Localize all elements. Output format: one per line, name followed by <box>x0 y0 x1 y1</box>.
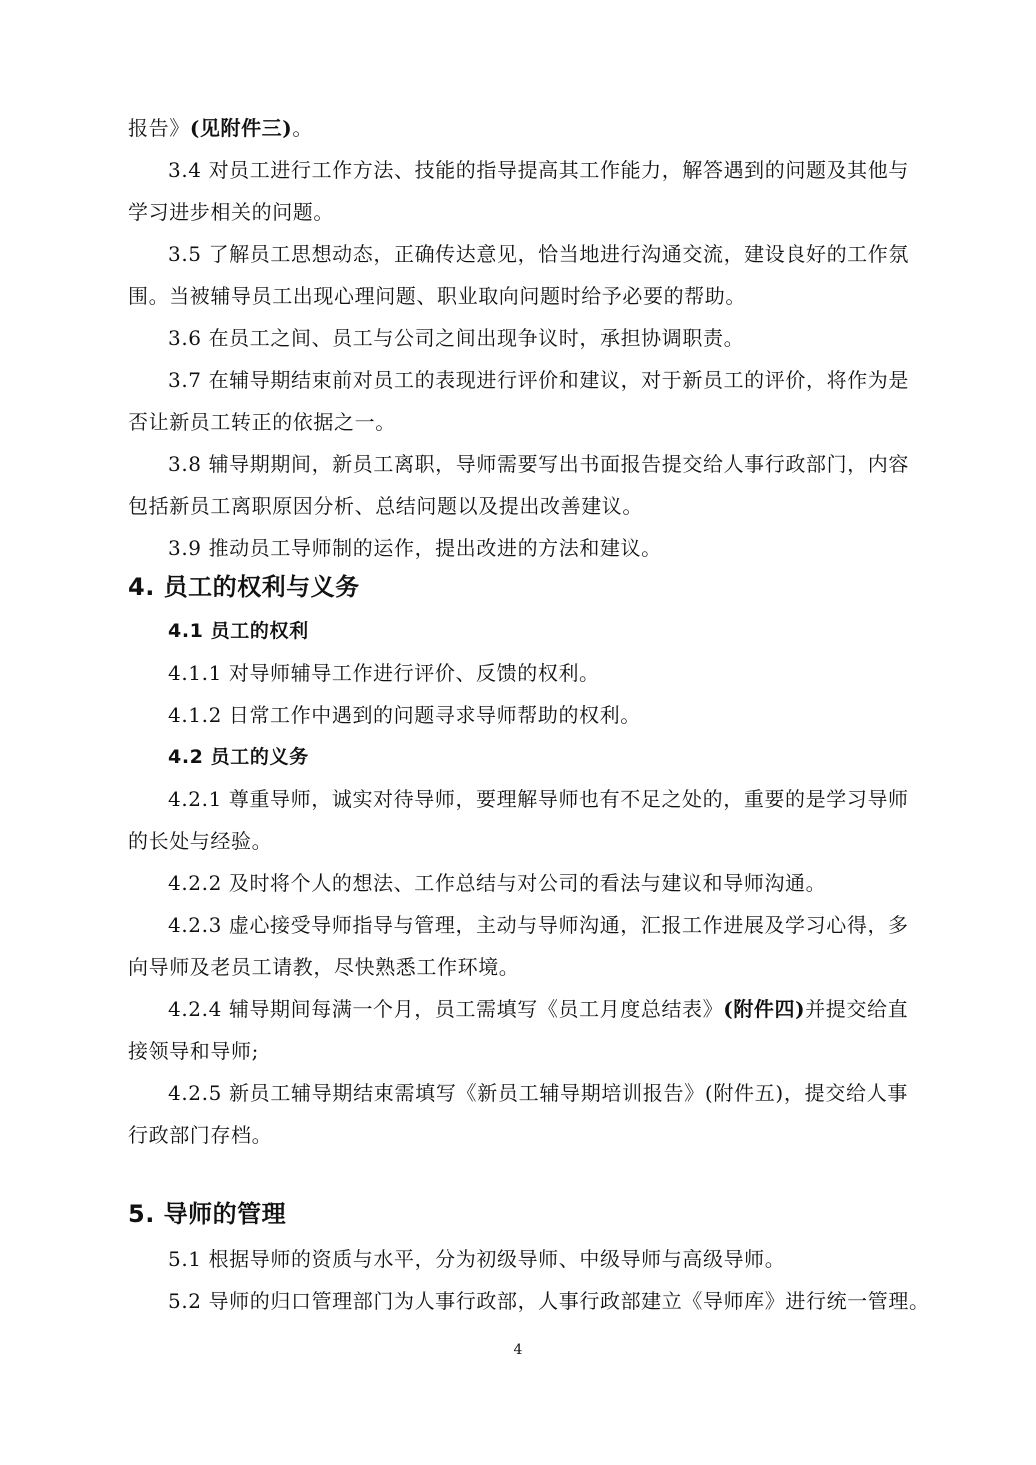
document-page: 报告》(见附件三)。 3.4 对员工进行工作方法、技能的指导提高其工作能力，解答… <box>0 0 1036 1465</box>
paragraph-4-2-5-line-2: 行政部门存档。 <box>128 1121 908 1149</box>
paragraph-4-2-2: 4.2.2 及时将个人的想法、工作总结与对公司的看法与建议和导师沟通。 <box>168 869 908 897</box>
page-number: 4 <box>0 1342 1036 1358</box>
paragraph-3-5-line-2: 围。当被辅导员工出现心理问题、职业取向问题时给予必要的帮助。 <box>128 282 908 310</box>
text: 并提交给直 <box>805 995 908 1023</box>
paragraph-4-2-1-line-2: 的长处与经验。 <box>128 827 908 855</box>
paragraph-5-1: 5.1 根据导师的资质与水平，分为初级导师、中级导师与高级导师。 <box>168 1245 908 1273</box>
paragraph-4-2-1-line-1: 4.2.1 尊重导师，诚实对待导师，要理解导师也有不足之处的，重要的是学习导师 <box>168 785 908 813</box>
paragraph-4-2-3-line-1: 4.2.3 虚心接受导师指导与管理，主动与导师沟通，汇报工作进展及学习心得，多 <box>168 911 908 939</box>
text: 4.2.4 辅导期间每满一个月，员工需填写《员工月度总结表》 <box>168 995 723 1023</box>
heading-section-4: 4. 员工的权利与义务 <box>128 573 908 601</box>
paragraph-3-9: 3.9 推动员工导师制的运作，提出改进的方法和建议。 <box>168 534 908 562</box>
paragraph-3-4-line-1: 3.4 对员工进行工作方法、技能的指导提高其工作能力，解答遇到的问题及其他与 <box>168 156 908 184</box>
heading-4-1: 4.1 员工的权利 <box>168 617 908 645</box>
paragraph-3-7-line-1: 3.7 在辅导期结束前对员工的表现进行评价和建议，对于新员工的评价，将作为是 <box>168 366 908 394</box>
paragraph-3-4-line-2: 学习进步相关的问题。 <box>128 198 908 226</box>
paragraph-4-1-2: 4.1.2 日常工作中遇到的问题寻求导师帮助的权利。 <box>168 701 908 729</box>
text: 。 <box>292 116 313 140</box>
paragraph-line: 报告》(见附件三)。 <box>128 114 908 142</box>
paragraph-4-1-1: 4.1.1 对导师辅导工作进行评价、反馈的权利。 <box>168 659 908 687</box>
bold-reference: (见附件三) <box>190 116 293 140</box>
text: 报告》 <box>128 116 190 140</box>
paragraph-3-8-line-2: 包括新员工离职原因分析、总结问题以及提出改善建议。 <box>128 492 908 520</box>
heading-4-2: 4.2 员工的义务 <box>168 743 908 771</box>
paragraph-4-2-3-line-2: 向导师及老员工请教，尽快熟悉工作环境。 <box>128 953 908 981</box>
bold-reference: (附件四) <box>723 995 805 1023</box>
paragraph-3-6: 3.6 在员工之间、员工与公司之间出现争议时，承担协调职责。 <box>168 324 908 352</box>
paragraph-4-2-4-line-2: 接领导和导师; <box>128 1037 908 1065</box>
heading-section-5: 5. 导师的管理 <box>128 1200 908 1228</box>
paragraph-3-5-line-1: 3.5 了解员工思想动态，正确传达意见，恰当地进行沟通交流，建设良好的工作氛 <box>168 240 908 268</box>
paragraph-3-8-line-1: 3.8 辅导期期间，新员工离职，导师需要写出书面报告提交给人事行政部门，内容 <box>168 450 908 478</box>
paragraph-3-7-line-2: 否让新员工转正的依据之一。 <box>128 408 908 436</box>
paragraph-4-2-4-line-1: 4.2.4 辅导期间每满一个月，员工需填写《员工月度总结表》(附件四) 并提交给… <box>168 995 908 1023</box>
paragraph-5-2: 5.2 导师的归口管理部门为人事行政部，人事行政部建立《导师库》进行统一管理。 <box>168 1287 908 1315</box>
paragraph-4-2-5-line-1: 4.2.5 新员工辅导期结束需填写《新员工辅导期培训报告》(附件五)，提交给人事 <box>168 1079 908 1107</box>
